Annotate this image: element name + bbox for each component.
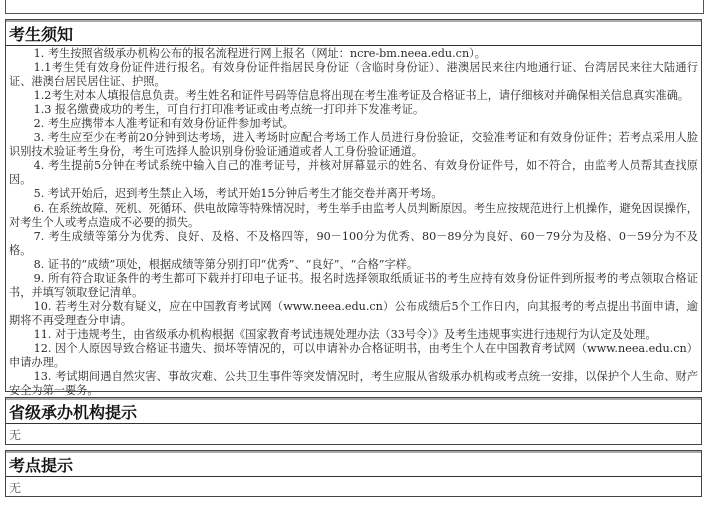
notice-paragraph: 9. 所有符合取证条件的考生都可下载并打印电子证书。报名时选择领取纸质证书的考生… <box>9 272 698 300</box>
notice-paragraph: 10. 若考生对分数有疑义，应在中国教育考试网（www.neea.edu.cn）… <box>9 300 698 328</box>
notice-paragraph: 2. 考生应携带本人准考证和有效身份证件参加考试。 <box>9 117 698 131</box>
section-header: 考点提示 <box>6 451 701 477</box>
notice-paragraph: 6. 在系统故障、死机、死循环、供电故障等特殊情况时，考生举手由监考人员判断原因… <box>9 202 698 230</box>
provincial-tips-content: 无 <box>6 424 701 444</box>
test-site-tips-section: 考点提示 无 <box>5 450 702 497</box>
cut-off-value: · · · · · · · · · · · · · · · · · · · <box>168 0 309 4</box>
notice-paragraph: 13. 考试期间遇自然灾害、事故灾难、公共卫生事件等突发情况时，考生应服从省级承… <box>9 370 698 398</box>
notice-paragraph: 1.2考生对本人填报信息负责。考生姓名和证件号码等信息将出现在考生准考证及合格证… <box>9 89 698 103</box>
cut-off-label: ······· <box>54 0 84 4</box>
notice-paragraph: 1.3 报名缴费成功的考生，可自行打印准考证或由考点统一打印并下发准考证。 <box>9 103 698 117</box>
notice-paragraph: 12. 因个人原因导致合格证书遗失、损坏等情况的，可以申请补办合格证明书，由考生… <box>9 342 698 370</box>
section-title: 省级承办机构提示 <box>9 400 137 423</box>
notice-paragraph: 7. 考生成绩等第分为优秀、良好、及格、不及格四等，90－100分为优秀、80－… <box>9 230 698 258</box>
notice-paragraph: 8. 证书的“成绩”项处，根据成绩等第分别打印“优秀”、“良好”、“合格”字样。 <box>9 258 698 272</box>
notice-paragraph: 3. 考生应至少在考前20分钟到达考场，进入考场时应配合考场工作人员进行身份验证… <box>9 131 698 159</box>
page: ······· · · · · · · · · · · · · · · · · … <box>0 0 710 510</box>
section-header: 省级承办机构提示 <box>6 398 701 424</box>
notice-paragraph: 4. 考生提前5分钟在考试系统中输入自己的准考证号，并核对屏幕显示的姓名、有效身… <box>9 159 698 187</box>
section-title: 考点提示 <box>9 453 73 476</box>
notice-paragraph: 1. 考生按照省级承办机构公布的报名流程进行网上报名（网址：ncre-bm.ne… <box>9 47 698 61</box>
previous-section-box: ······· · · · · · · · · · · · · · · · · … <box>5 0 704 14</box>
provincial-agency-tips-section: 省级承办机构提示 无 <box>5 397 702 445</box>
notice-paragraph: 5. 考试开始后，迟到考生禁止入场，考试开始15分钟后考生才能交卷并离开考场。 <box>9 187 698 201</box>
test-site-tips-content: 无 <box>6 477 701 497</box>
notice-body: 1. 考生按照省级承办机构公布的报名流程进行网上报名（网址：ncre-bm.ne… <box>6 46 701 398</box>
notice-paragraph: 11. 对于违规考生，由省级承办机构根据《国家教育考试违规处理办法（33号令）》… <box>9 328 698 342</box>
section-header: 考生须知 <box>6 20 701 46</box>
notice-paragraph: 1.1考生凭有效身份证件进行报名。有效身份证件指居民身份证（含临时身份证）、港澳… <box>9 61 698 89</box>
candidate-notice-section: 考生须知 1. 考生按照省级承办机构公布的报名流程进行网上报名（网址：ncre-… <box>5 19 702 392</box>
section-title: 考生须知 <box>9 22 73 45</box>
